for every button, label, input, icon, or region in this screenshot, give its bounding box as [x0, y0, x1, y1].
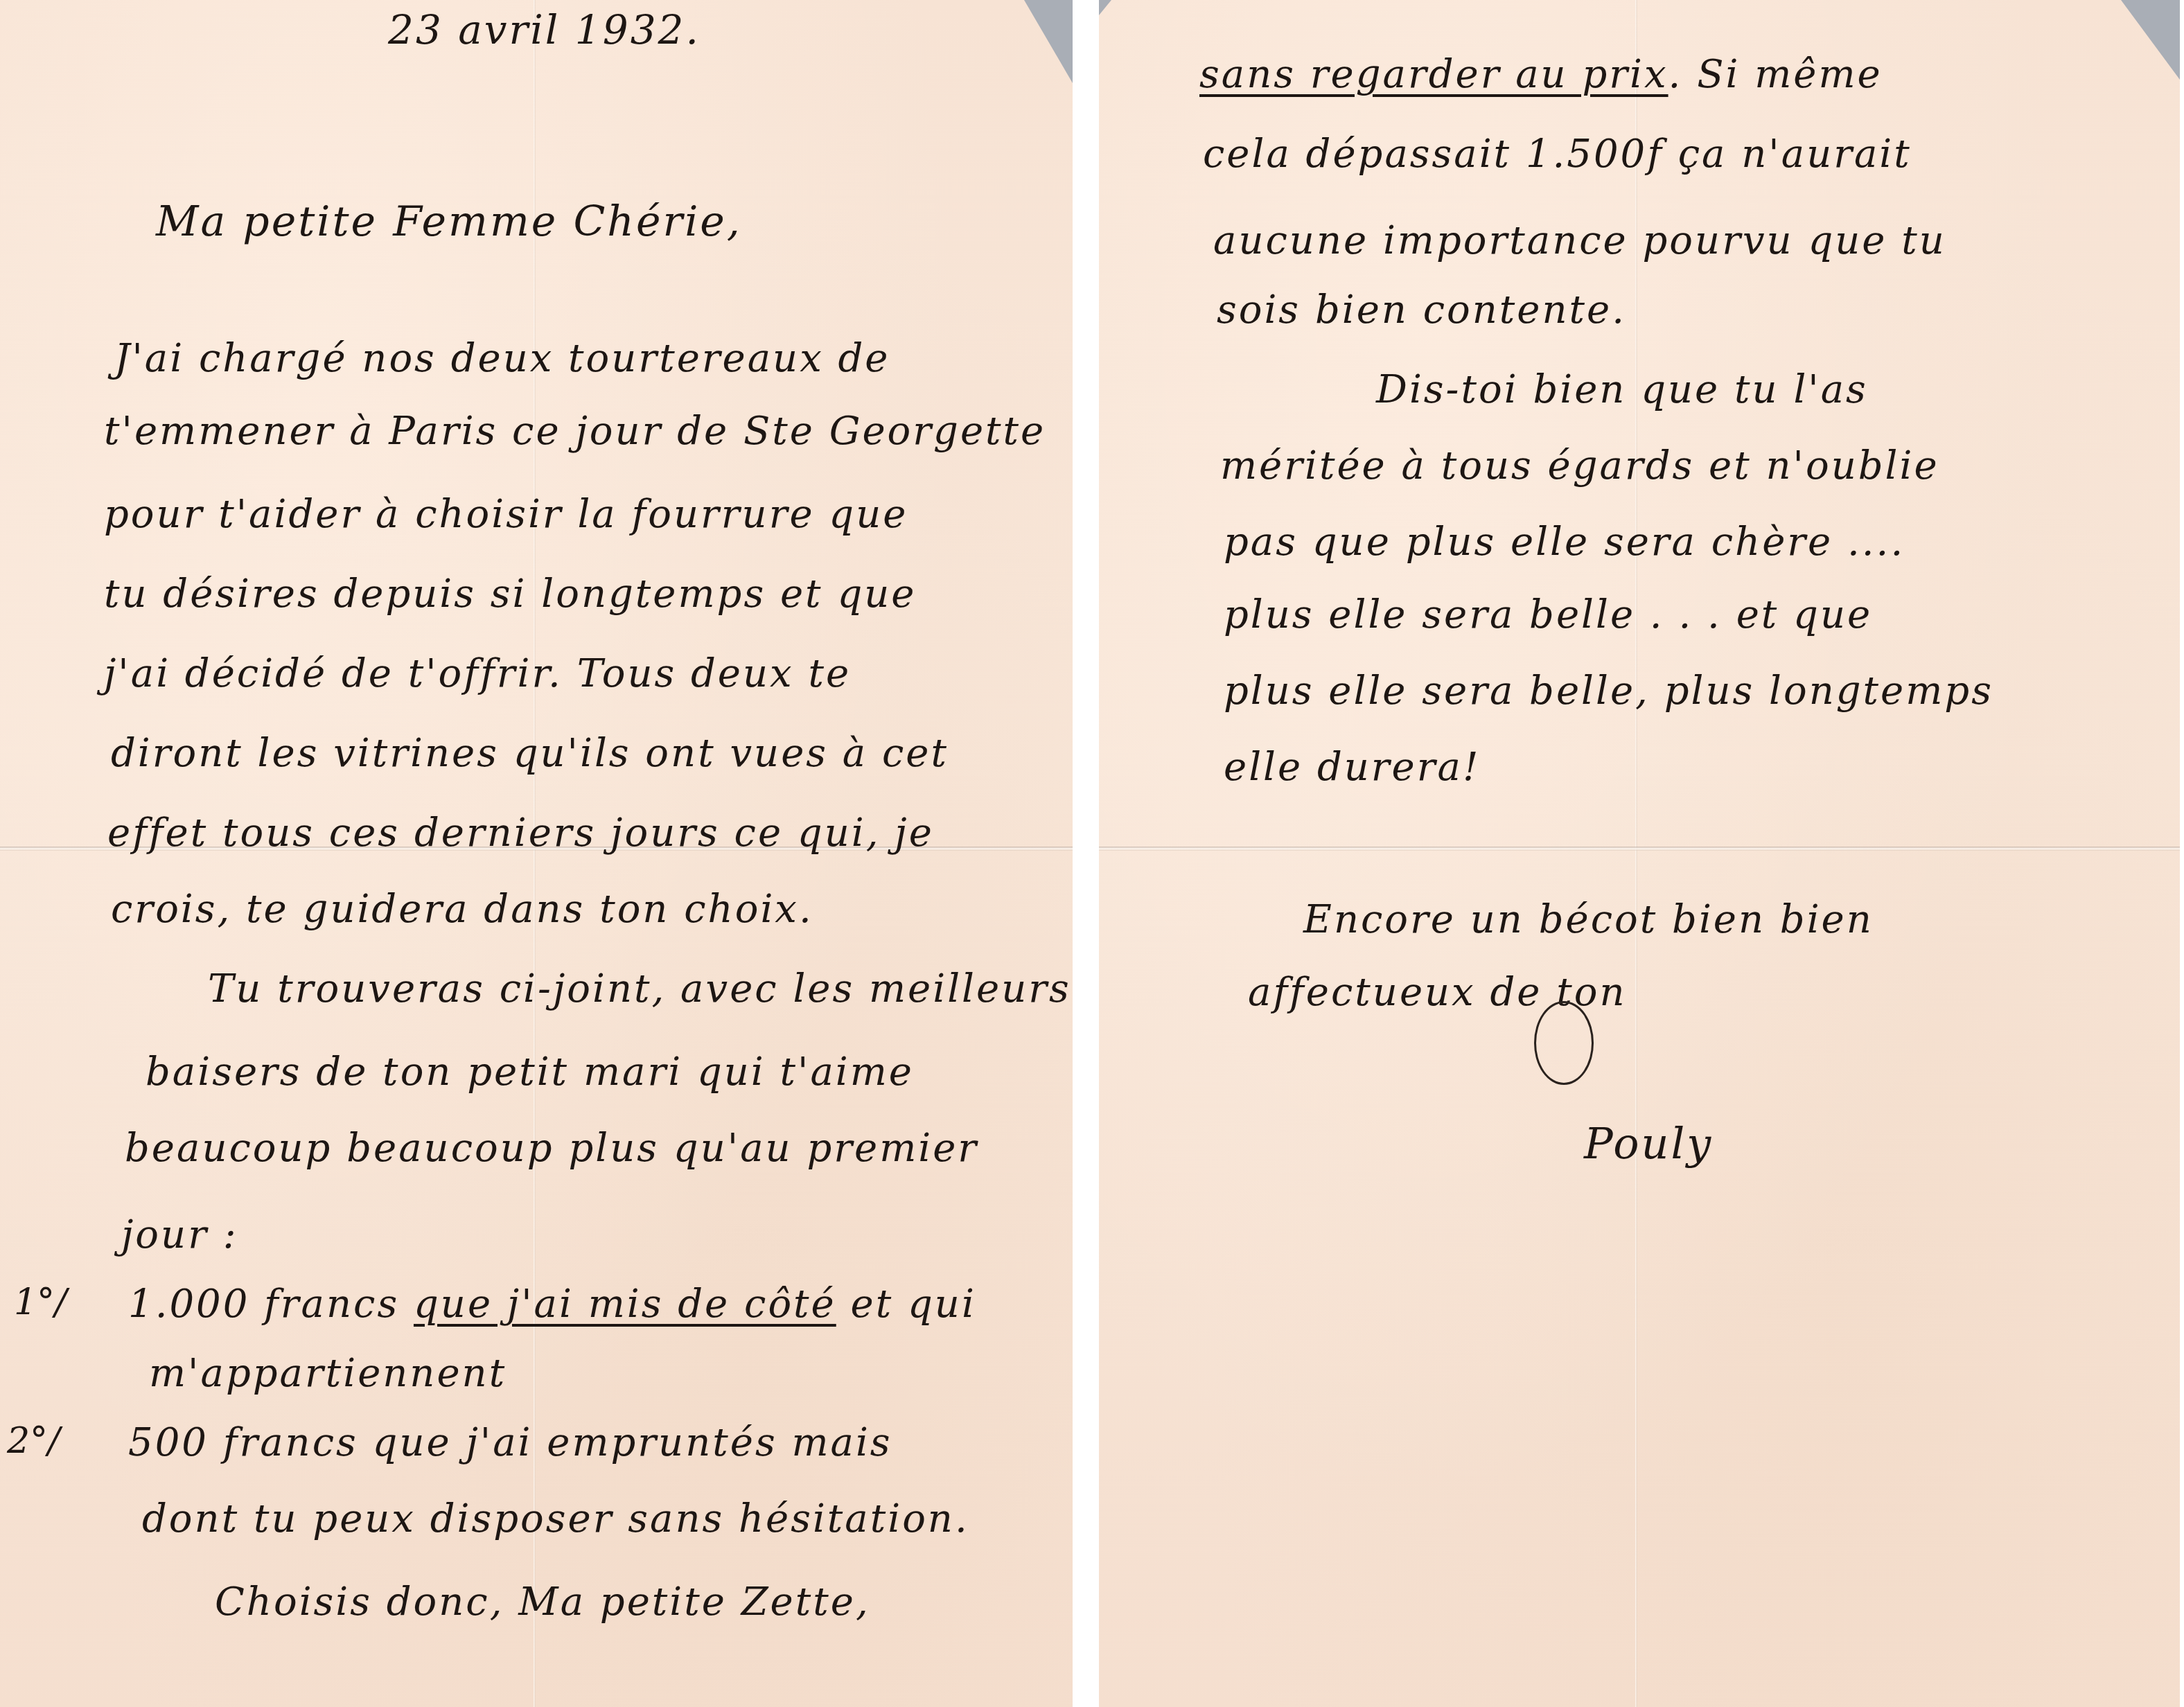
body-line: tu désires depuis si longtemps et que: [104, 575, 916, 614]
closing-line: Choisis donc, Ma petite Zette,: [215, 1583, 870, 1622]
body-line: aucune importance pourvu que tu: [1213, 222, 1946, 260]
list-item-1-text-end: et qui: [836, 1282, 976, 1327]
list-item-2-line-1: 500 francs que j'ai empruntés mais: [128, 1424, 892, 1462]
body-line: crois, te guidera dans ton choix.: [111, 890, 813, 929]
body-line: beaucoup beaucoup plus qu'au premier: [125, 1129, 978, 1168]
list-marker-2: 2°/: [7, 1420, 60, 1462]
body-line: plus elle sera belle, plus longtemps: [1224, 672, 1993, 711]
body-line: J'ai chargé nos deux tourtereaux de: [114, 339, 890, 378]
signature-flourish: [1534, 1001, 1594, 1085]
letter-page-1: 23 avril 1932. Ma petite Femme Chérie, J…: [0, 0, 1073, 1707]
list-marker-1: 1°/: [14, 1282, 67, 1323]
page2-first-line: sans regarder au prix. Si même: [1199, 55, 1883, 94]
salutation: Ma petite Femme Chérie,: [156, 201, 742, 242]
body-line: jour :: [121, 1216, 238, 1255]
list-item-2-line-2: dont tu peux disposer sans hésitation.: [142, 1500, 969, 1539]
body-line: baisers de ton petit mari qui t'aime: [146, 1053, 914, 1092]
horizontal-fold-crease: [1099, 847, 2180, 851]
list-item-1-line-2: m'appartiennent: [149, 1354, 507, 1393]
folded-corner: [1024, 0, 1073, 83]
list-item-1-text: 1.000 francs: [128, 1282, 414, 1327]
body-line: sois bien contente.: [1217, 291, 1626, 330]
first-line-rest: . Si même: [1668, 52, 1883, 97]
body-line: cela dépassait 1.500f ça n'aurait: [1203, 135, 1912, 174]
underlined-phrase: que j'ai mis de côté: [414, 1282, 836, 1327]
letter-page-2: sans regarder au prix. Si même cela dépa…: [1099, 0, 2180, 1707]
underlined-phrase: sans regarder au prix: [1199, 52, 1668, 97]
body-line: diront les vitrines qu'ils ont vues à ce…: [111, 734, 949, 773]
body-line: pour t'aider à choisir la fourrure que: [104, 495, 908, 534]
body-line: j'ai décidé de t'offrir. Tous deux te: [104, 655, 851, 693]
farewell-line: Encore un bécot bien bien: [1303, 901, 1874, 939]
body-line: méritée à tous égards et n'oublie: [1220, 447, 1939, 486]
letter-date: 23 avril 1932.: [388, 10, 701, 50]
body-line: Tu trouveras ci-joint, avec les meilleur…: [208, 970, 1071, 1009]
body-line: Dis-toi bien que tu l'as: [1376, 371, 1868, 409]
body-line: effet tous ces derniers jours ce qui, je: [107, 814, 934, 853]
folded-corner: [2121, 0, 2180, 80]
body-line: plus elle sera belle . . . et que: [1224, 596, 1872, 635]
list-item-1-line-1: 1.000 francs que j'ai mis de côté et qui: [128, 1285, 976, 1324]
body-line: pas que plus elle sera chère ....: [1224, 523, 1905, 562]
folded-corner: [1099, 0, 1111, 15]
body-line: t'emmener à Paris ce jour de Ste Georget…: [104, 412, 1046, 451]
signature: Pouly: [1584, 1122, 1713, 1165]
body-line: elle durera!: [1224, 748, 1480, 787]
